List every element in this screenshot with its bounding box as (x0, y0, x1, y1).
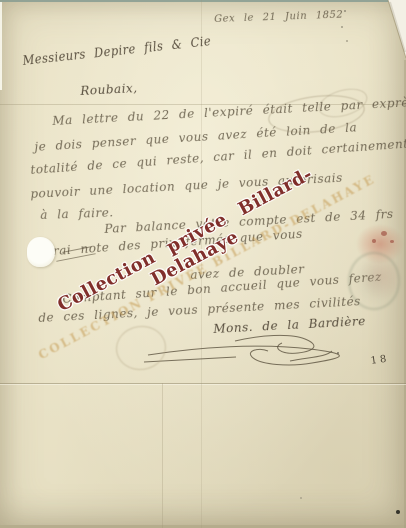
ink-speck (300, 497, 302, 499)
ink-speck (337, 352, 339, 354)
pencil-speck (341, 26, 343, 28)
wax-stain-speck (372, 239, 376, 243)
postmark-smudge (348, 252, 400, 310)
scanned-letter: Gex le 21 Juin 1852 Messieurs Depire fil… (0, 0, 406, 528)
letter-body-line-5: à la faire. (40, 205, 114, 222)
corner-fold-top-right (384, 0, 406, 60)
pencil-speck (344, 10, 346, 12)
wax-stain-speck (390, 240, 394, 243)
scan-edge-left (0, 2, 2, 90)
fold-crease-vertical-lower (162, 383, 163, 528)
letter-recipient-line-2: Roubaix, (80, 81, 138, 98)
paper-hole (27, 237, 55, 267)
pencil-speck (346, 40, 348, 42)
scan-edge-top (0, 0, 406, 2)
ink-speck (396, 510, 400, 514)
wax-stain-speck (381, 231, 387, 236)
signature-flourish (140, 333, 340, 373)
fold-crease-horizontal-bottom (0, 383, 406, 384)
